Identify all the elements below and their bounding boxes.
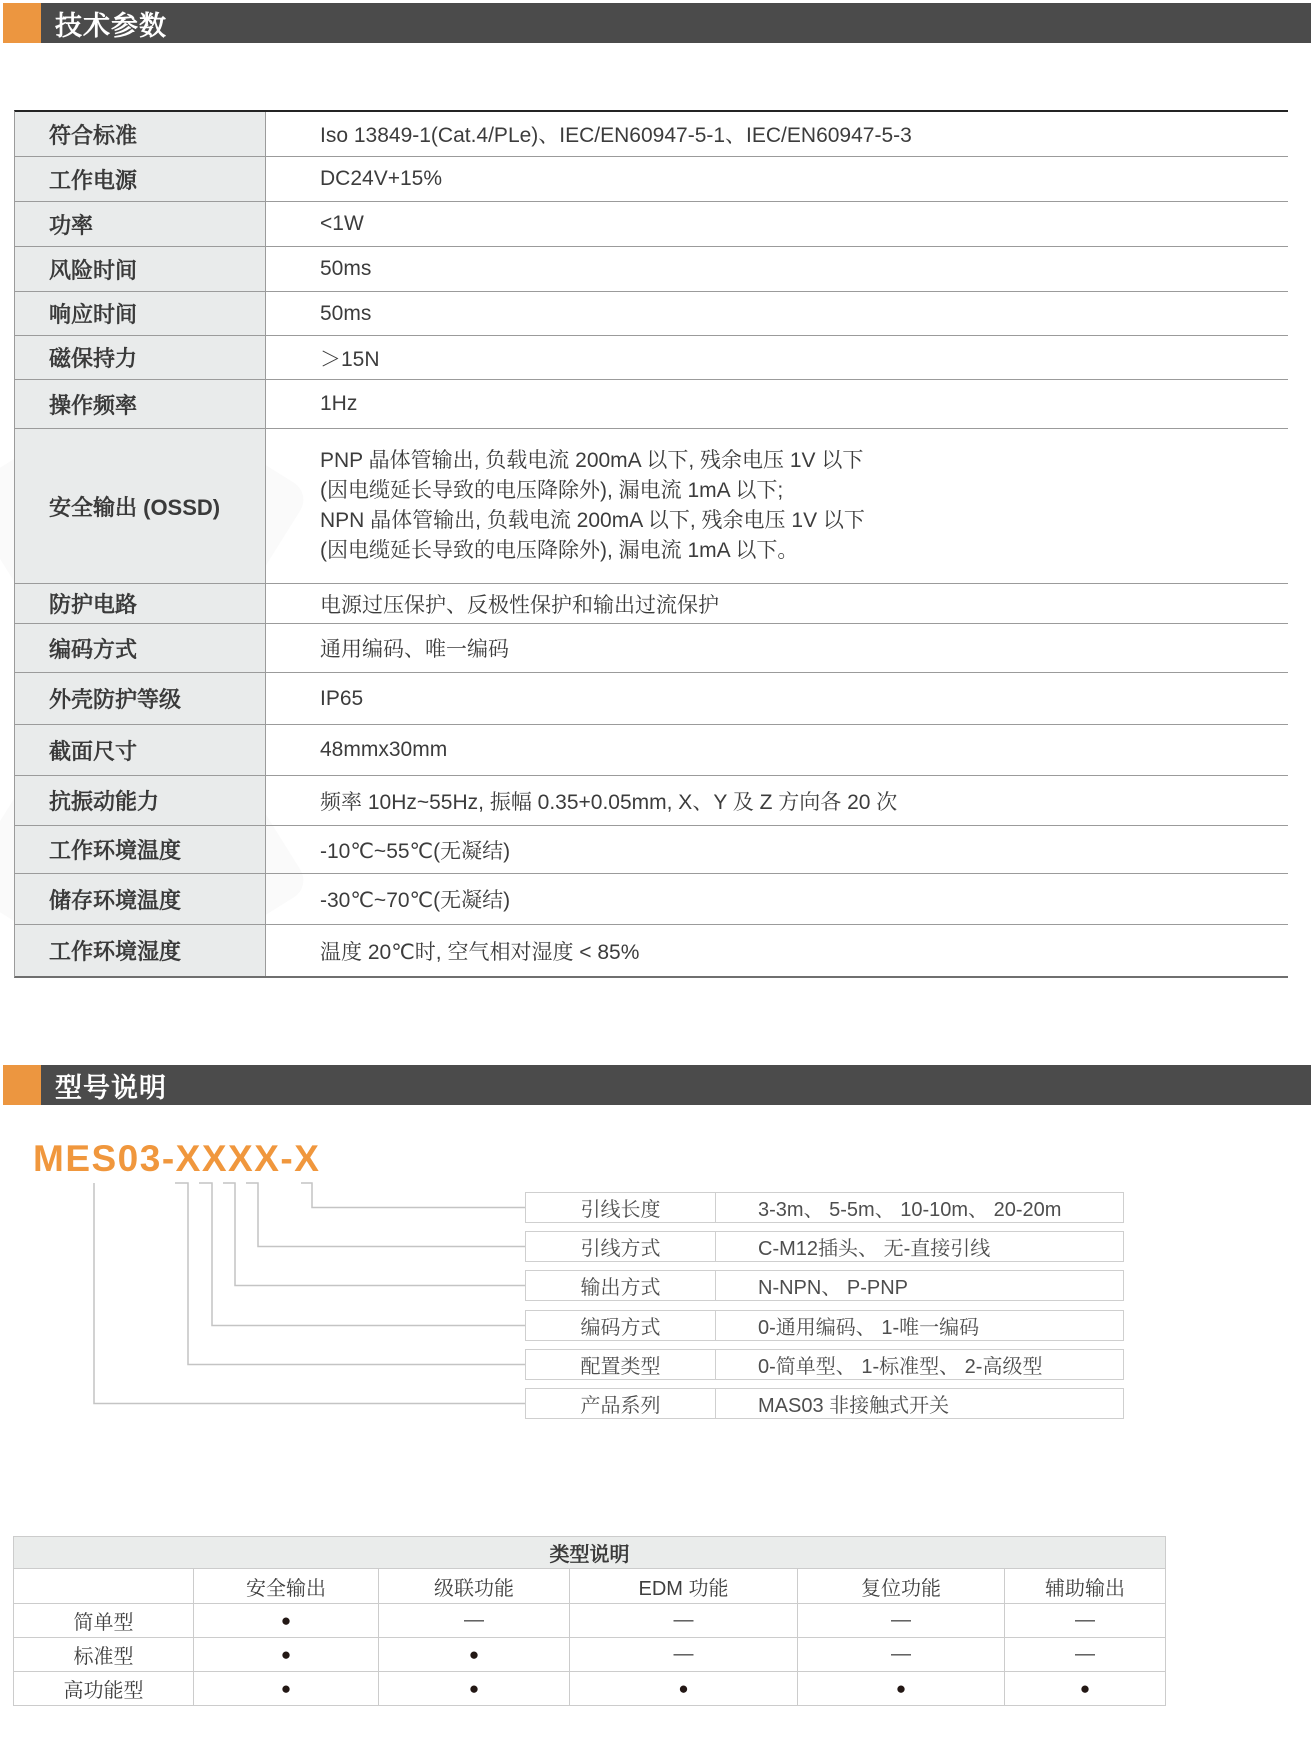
- spec-label: 符合标准: [15, 112, 266, 156]
- spec-label: 风险时间: [15, 247, 266, 291]
- spec-row: 风险时间 50ms: [15, 247, 1288, 292]
- header-dark-bar: 型号说明: [41, 1065, 1311, 1105]
- spec-value: Iso 13849-1(Cat.4/PLe)、IEC/EN60947-5-1、I…: [266, 112, 1288, 156]
- model-option-label: 输出方式: [526, 1271, 716, 1300]
- spec-row: 工作环境温度 -10℃~55℃(无凝结): [15, 826, 1288, 874]
- type-table-row: 标准型 ● ● — — —: [14, 1638, 1165, 1672]
- type-column-header: 复位功能: [797, 1569, 1004, 1603]
- technical-parameters-table: 符合标准 Iso 13849-1(Cat.4/PLe)、IEC/EN60947-…: [14, 110, 1288, 978]
- spec-label: 磁保持力: [15, 336, 266, 379]
- spec-value: 频率 10Hz~55Hz, 振幅 0.35+0.05mm, X、Y 及 Z 方向…: [266, 776, 1288, 825]
- spec-label: 外壳防护等级: [15, 673, 266, 724]
- feature-dash: —: [569, 1638, 797, 1671]
- ossd-line: PNP 晶体管输出, 负载电流 200mA 以下, 残余电压 1V 以下: [320, 446, 865, 476]
- datasheet-page: 技术参数 符合标准 Iso 13849-1(Cat.4/PLe)、IEC/EN6…: [0, 0, 1311, 1743]
- spec-value: 48mmx30mm: [266, 725, 1288, 775]
- feature-dash: —: [797, 1638, 1004, 1671]
- type-table-row: 简单型 ● — — — —: [14, 1604, 1165, 1638]
- spec-row-ossd: 安全输出 (OSSD) PNP 晶体管输出, 负载电流 200mA 以下, 残余…: [15, 429, 1288, 584]
- spec-value: -10℃~55℃(无凝结): [266, 826, 1288, 873]
- spec-label: 工作电源: [15, 157, 266, 201]
- type-column-header: 级联功能: [378, 1569, 569, 1603]
- model-option-row: 引线长度 3-3m、 5-5m、 10-10m、 20-20m: [525, 1192, 1124, 1223]
- spec-value: DC24V+15%: [266, 157, 1288, 201]
- spec-row: 响应时间 50ms: [15, 292, 1288, 336]
- type-row-label: 高功能型: [14, 1672, 193, 1705]
- feature-dot: ●: [569, 1672, 797, 1705]
- spec-label: 工作环境温度: [15, 826, 266, 873]
- ossd-line: (因电缆延长导致的电压降除外), 漏电流 1mA 以下;: [320, 476, 865, 506]
- spec-label: 储存环境温度: [15, 874, 266, 924]
- header-dark-bar: 技术参数: [41, 3, 1311, 43]
- ossd-line: NPN 晶体管输出, 负载电流 200mA 以下, 残余电压 1V 以下: [320, 506, 865, 536]
- type-row-label: 标准型: [14, 1638, 193, 1671]
- spec-label: 安全输出 (OSSD): [15, 429, 266, 583]
- type-table-row: 高功能型 ● ● ● ● ●: [14, 1672, 1165, 1705]
- type-row-label: 简单型: [14, 1604, 193, 1637]
- spec-value: 1Hz: [266, 380, 1288, 428]
- spec-value: 通用编码、唯一编码: [266, 624, 1288, 672]
- spec-value: 50ms: [266, 247, 1288, 291]
- spec-value: IP65: [266, 673, 1288, 724]
- type-table-header-row: 安全输出 级联功能 EDM 功能 复位功能 辅助输出: [14, 1569, 1165, 1604]
- section-header-technical-parameters: 技术参数: [3, 3, 1311, 43]
- model-option-value: N-NPN、 P-PNP: [716, 1271, 1123, 1300]
- spec-value: 50ms: [266, 292, 1288, 335]
- feature-dot: ●: [378, 1638, 569, 1671]
- spec-row: 编码方式 通用编码、唯一编码: [15, 624, 1288, 673]
- model-option-label: 配置类型: [526, 1350, 716, 1379]
- orange-accent-block: [3, 3, 41, 43]
- model-option-row: 配置类型 0-简单型、 1-标准型、 2-高级型: [525, 1349, 1124, 1380]
- spec-row: 功率 <1W: [15, 202, 1288, 247]
- ossd-lines: PNP 晶体管输出, 负载电流 200mA 以下, 残余电压 1V 以下 (因电…: [320, 446, 865, 566]
- model-option-value: C-M12插头、 无-直接引线: [716, 1232, 1123, 1261]
- spec-row: 外壳防护等级 IP65: [15, 673, 1288, 725]
- type-table-corner-cell: [14, 1569, 193, 1603]
- spec-row: 符合标准 Iso 13849-1(Cat.4/PLe)、IEC/EN60947-…: [15, 112, 1288, 157]
- spec-row: 磁保持力 ＞15N: [15, 336, 1288, 380]
- feature-dash: —: [797, 1604, 1004, 1637]
- spec-value: ＞15N: [266, 336, 1288, 379]
- feature-dot: ●: [797, 1672, 1004, 1705]
- model-option-value: 0-通用编码、 1-唯一编码: [716, 1311, 1123, 1340]
- type-column-header: EDM 功能: [569, 1569, 797, 1603]
- section-title: 型号说明: [41, 1066, 167, 1105]
- feature-dot: ●: [378, 1672, 569, 1705]
- spec-value: 温度 20℃时, 空气相对湿度 < 85%: [266, 925, 1288, 976]
- model-connector-lines: [0, 1130, 540, 1450]
- spec-row: 工作环境湿度 温度 20℃时, 空气相对湿度 < 85%: [15, 925, 1288, 976]
- feature-dot: ●: [193, 1672, 378, 1705]
- type-table-title: 类型说明: [14, 1537, 1165, 1569]
- model-option-value: 0-简单型、 1-标准型、 2-高级型: [716, 1350, 1123, 1379]
- spec-label: 抗振动能力: [15, 776, 266, 825]
- feature-dash: —: [1004, 1604, 1165, 1637]
- spec-label: 截面尺寸: [15, 725, 266, 775]
- spec-row: 操作频率 1Hz: [15, 380, 1288, 429]
- spec-row: 截面尺寸 48mmx30mm: [15, 725, 1288, 776]
- ossd-line: (因电缆延长导致的电压降除外), 漏电流 1mA 以下。: [320, 536, 865, 566]
- spec-value: -30℃~70℃(无凝结): [266, 874, 1288, 924]
- feature-dot: ●: [1004, 1672, 1165, 1705]
- model-option-label: 引线长度: [526, 1193, 716, 1222]
- spec-label: 功率: [15, 202, 266, 246]
- spec-value: <1W: [266, 202, 1288, 246]
- model-option-value: 3-3m、 5-5m、 10-10m、 20-20m: [716, 1193, 1123, 1222]
- spec-value-multiline: PNP 晶体管输出, 负载电流 200mA 以下, 残余电压 1V 以下 (因电…: [266, 429, 1288, 583]
- spec-label: 编码方式: [15, 624, 266, 672]
- feature-dot: ●: [193, 1638, 378, 1671]
- type-column-header: 安全输出: [193, 1569, 378, 1603]
- spec-value: 电源过压保护、反极性保护和输出过流保护: [266, 584, 1288, 623]
- model-option-row: 输出方式 N-NPN、 P-PNP: [525, 1270, 1124, 1301]
- spec-row: 防护电路 电源过压保护、反极性保护和输出过流保护: [15, 584, 1288, 624]
- feature-dash: —: [378, 1604, 569, 1637]
- model-option-value: MAS03 非接触式开关: [716, 1389, 1123, 1418]
- model-option-label: 引线方式: [526, 1232, 716, 1261]
- section-title: 技术参数: [41, 4, 167, 43]
- type-description-table: 类型说明 安全输出 级联功能 EDM 功能 复位功能 辅助输出 简单型 ● — …: [13, 1536, 1166, 1706]
- model-option-row: 产品系列 MAS03 非接触式开关: [525, 1388, 1124, 1419]
- model-option-row: 引线方式 C-M12插头、 无-直接引线: [525, 1231, 1124, 1262]
- feature-dot: ●: [193, 1604, 378, 1637]
- type-column-header: 辅助输出: [1004, 1569, 1165, 1603]
- feature-dash: —: [569, 1604, 797, 1637]
- orange-accent-block: [3, 1065, 41, 1105]
- spec-label: 响应时间: [15, 292, 266, 335]
- model-option-label: 编码方式: [526, 1311, 716, 1340]
- feature-dash: —: [1004, 1638, 1165, 1671]
- model-option-row: 编码方式 0-通用编码、 1-唯一编码: [525, 1310, 1124, 1341]
- spec-row: 工作电源 DC24V+15%: [15, 157, 1288, 202]
- spec-label: 操作频率: [15, 380, 266, 428]
- spec-row: 抗振动能力 频率 10Hz~55Hz, 振幅 0.35+0.05mm, X、Y …: [15, 776, 1288, 826]
- spec-label: 工作环境湿度: [15, 925, 266, 976]
- section-header-model-description: 型号说明: [3, 1065, 1311, 1105]
- model-option-label: 产品系列: [526, 1389, 716, 1418]
- spec-row: 储存环境温度 -30℃~70℃(无凝结): [15, 874, 1288, 925]
- spec-label: 防护电路: [15, 584, 266, 623]
